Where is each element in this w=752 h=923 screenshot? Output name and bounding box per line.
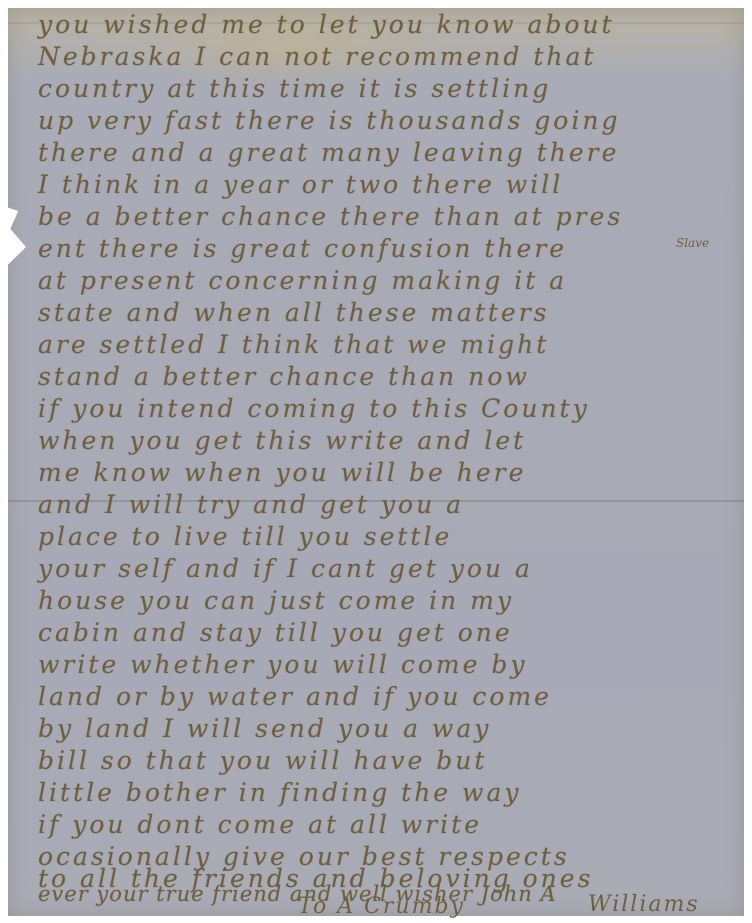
letter-line: country at this time it is settling: [38, 74, 732, 103]
letter-line: ent there is great confusion there: [38, 234, 732, 263]
letter-line: house you can just come in my: [38, 586, 732, 615]
letter-line: stand a better chance than now: [38, 362, 732, 391]
letter-page: you wished me to let you know about Nebr…: [8, 8, 744, 916]
letter-line: you wished me to let you know about: [38, 10, 732, 39]
letter-line: and I will try and get you a: [38, 490, 732, 519]
letter-line: by land I will send you a way: [38, 714, 732, 743]
letter-line: place to live till you settle: [38, 522, 732, 551]
letter-line: are settled I think that we might: [38, 330, 732, 359]
letter-line: little bother in finding the way: [38, 778, 732, 807]
letter-line: cabin and stay till you get one: [38, 618, 732, 647]
letter-line: if you intend coming to this County: [38, 394, 732, 423]
signature-recipient: To A Crumby: [298, 894, 465, 919]
letter-line: at present concerning making it a: [38, 266, 732, 295]
letter-line: there and a great many leaving there: [38, 138, 732, 167]
signature-surname: Williams: [588, 892, 700, 917]
letter-line: your self and if I cant get you a: [38, 554, 732, 583]
letter-line: when you get this write and let: [38, 426, 732, 455]
letter-line: Nebraska I can not recommend that: [38, 42, 732, 71]
letter-line: up very fast there is thousands going: [38, 106, 732, 135]
letter-line: land or by water and if you come: [38, 682, 732, 711]
letter-line: be a better chance there than at pres: [38, 202, 732, 231]
letter-line: if you dont come at all write: [38, 810, 732, 839]
letter-line: I think in a year or two there will: [38, 170, 732, 199]
insertion-note: Slave: [676, 236, 709, 250]
letter-line: me know when you will be here: [38, 458, 732, 487]
letter-line: write whether you will come by: [38, 650, 732, 679]
letter-line: state and when all these matters: [38, 298, 732, 327]
letter-line: bill so that you will have but: [38, 746, 732, 775]
